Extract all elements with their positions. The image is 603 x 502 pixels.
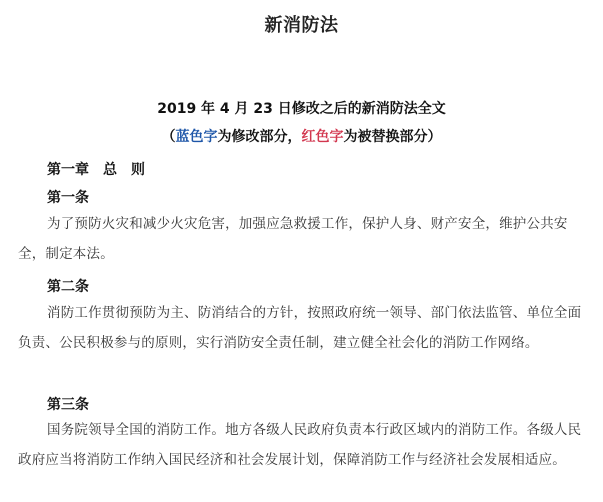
article-1-text: 为了预防火灾和减少火灾危害，加强应急救援工作，保护人身、财产安全，维护公共安全，… xyxy=(18,210,590,269)
article-3-heading: 第三条 xyxy=(47,394,89,414)
article-2-text: 消防工作贯彻预防为主、防消结合的方针，按照政府统一领导、部门依法监管、单位全面负… xyxy=(18,299,590,358)
legend-open-paren: （ xyxy=(162,129,176,145)
subtitle-date: 2019 年 4 月 23 日修改之后的新消防法全文 xyxy=(0,98,603,118)
legend-red-text: 红色字 xyxy=(302,129,344,145)
article-3-text: 国务院领导全国的消防工作。地方各级人民政府负责本行政区域内的消防工作。各级人民政… xyxy=(18,416,590,475)
document-page: 新消防法 2019 年 4 月 23 日修改之后的新消防法全文 （蓝色字为修改部… xyxy=(0,0,603,502)
chapter-heading: 第一章 总 则 xyxy=(47,159,145,179)
article-2-heading: 第二条 xyxy=(47,276,89,296)
legend-mid-text: 为修改部分， xyxy=(218,129,302,145)
legend-blue-text: 蓝色字 xyxy=(176,129,218,145)
legend-end-text: 为被替换部分） xyxy=(344,129,442,145)
document-title: 新消防法 xyxy=(0,11,603,37)
article-1-heading: 第一条 xyxy=(47,187,89,207)
subtitle-legend: （蓝色字为修改部分，红色字为被替换部分） xyxy=(0,126,603,146)
